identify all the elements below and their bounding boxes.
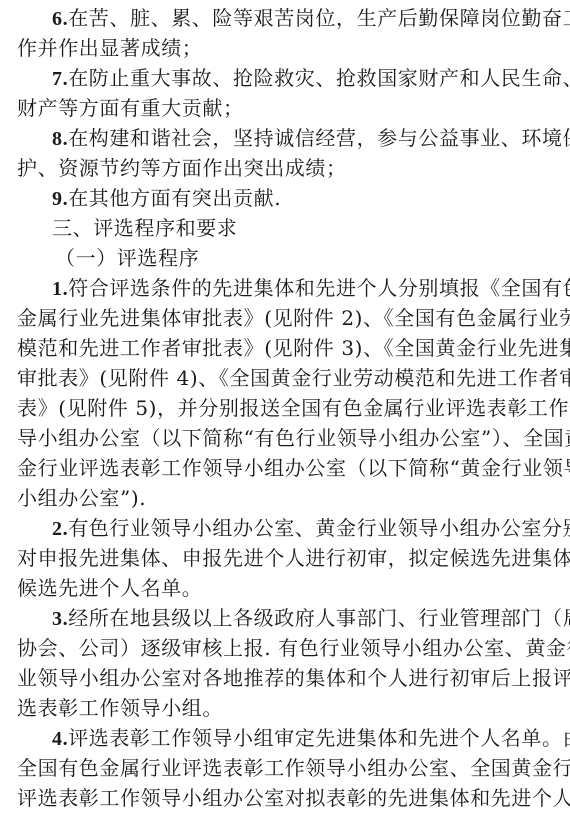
line-text: 选表彰工作领导小组。 [17,696,223,720]
criterion-9-line-1: 9.在其他方面有突出贡献. [17,183,557,213]
line-text: 全国有色金属行业评选表彰工作领导小组办公室、全国黄金行业 [17,756,570,780]
heading-text: 三、评选程序和要求 [52,216,237,240]
procedure-3-line-1: 3.经所在地县级以上各级政府人事部门、行业管理部门（局、 [17,603,557,633]
item-number: 6. [52,8,68,30]
line-text: 候选先进个人名单。 [17,576,202,600]
line-text: 审批表》(见附件 4)、《全国黄金行业劳动模范和先进工作者审批 [17,366,570,390]
item-number: 4. [52,728,68,750]
criterion-6-line-1: 6.在苦、脏、累、险等艰苦岗位，生产后勤保障岗位勤奋工 [17,3,557,33]
procedure-1-line-3: 模范和先进工作者审批表》(见附件 3)、《全国黄金行业先进集体 [17,333,557,363]
item-number: 2. [52,518,68,540]
line-text: 评选表彰工作领导小组审定先进集体和先进个人名单。由 [68,726,570,750]
line-text: 在构建和谐社会，坚持诚信经营，参与公益事业、环境保 [68,126,570,150]
criterion-6-line-2: 作并作出显著成绩； [17,33,557,63]
line-text: 导小组办公室（以下简称“有色行业领导小组办公室”）、全国黄 [17,426,570,450]
line-text: 小组办公室”). [17,486,146,510]
procedure-3-line-2: 协会、公司）逐级审核上报. 有色行业领导小组办公室、黄金行 [17,633,557,663]
section-3-heading: 三、评选程序和要求 [17,213,557,243]
line-text: 在防止重大事故、抢险救灾、抢救国家财产和人民生命、 [68,66,570,90]
line-text: 金行业评选表彰工作领导小组办公室（以下简称“黄金行业领导 [17,456,570,480]
procedure-3-line-4: 选表彰工作领导小组。 [17,693,557,723]
subsection-1-heading: （一）评选程序 [17,243,557,273]
procedure-2-line-3: 候选先进个人名单。 [17,573,557,603]
line-text: 对申报先进集体、申报先进个人进行初审，拟定候选先进集体和 [17,546,570,570]
line-text: 金属行业先进集体审批表》(见附件 2)、《全国有色金属行业劳动 [17,306,570,330]
procedure-1-line-5: 表》(见附件 5)，并分别报送全国有色金属行业评选表彰工作领 [17,393,557,423]
line-text: 作并作出显著成绩； [17,36,202,60]
procedure-1-line-7: 金行业评选表彰工作领导小组办公室（以下简称“黄金行业领导 [17,453,557,483]
procedure-1-line-8: 小组办公室”). [17,483,557,513]
line-text: 有色行业领导小组办公室、黄金行业领导小组办公室分别 [68,516,570,540]
criterion-7-line-1: 7.在防止重大事故、抢险救灾、抢救国家财产和人民生命、 [17,63,557,93]
procedure-1-line-6: 导小组办公室（以下简称“有色行业领导小组办公室”）、全国黄 [17,423,557,453]
procedure-3-line-3: 业领导小组办公室对各地推荐的集体和个人进行初审后上报评 [17,663,557,693]
item-number: 9. [52,188,68,210]
item-number: 7. [52,68,68,90]
line-text: 符合评选条件的先进集体和先进个人分别填报《全国有色 [68,276,570,300]
heading-text: （一）评选程序 [55,246,199,270]
line-text: 业领导小组办公室对各地推荐的集体和个人进行初审后上报评 [17,666,570,690]
item-number: 8. [52,128,68,150]
document-page: 6.在苦、脏、累、险等艰苦岗位，生产后勤保障岗位勤奋工 作并作出显著成绩； 7.… [17,3,557,813]
item-number: 1. [52,278,68,300]
procedure-1-line-2: 金属行业先进集体审批表》(见附件 2)、《全国有色金属行业劳动 [17,303,557,333]
criterion-8-line-1: 8.在构建和谐社会，坚持诚信经营，参与公益事业、环境保 [17,123,557,153]
line-text: 协会、公司）逐级审核上报. 有色行业领导小组办公室、黄金行 [17,636,570,660]
procedure-1-line-1: 1.符合评选条件的先进集体和先进个人分别填报《全国有色 [17,273,557,303]
line-text: 在苦、脏、累、险等艰苦岗位，生产后勤保障岗位勤奋工 [68,6,570,30]
criterion-7-line-2: 财产等方面有重大贡献； [17,93,557,123]
procedure-1-line-4: 审批表》(见附件 4)、《全国黄金行业劳动模范和先进工作者审批 [17,363,557,393]
procedure-2-line-1: 2.有色行业领导小组办公室、黄金行业领导小组办公室分别 [17,513,557,543]
line-text: 经所在地县级以上各级政府人事部门、行业管理部门（局、 [68,606,570,630]
procedure-2-line-2: 对申报先进集体、申报先进个人进行初审，拟定候选先进集体和 [17,543,557,573]
procedure-4-line-2: 全国有色金属行业评选表彰工作领导小组办公室、全国黄金行业 [17,753,557,783]
line-text: 在其他方面有突出贡献. [68,186,281,210]
item-number: 3. [52,608,68,630]
line-text: 财产等方面有重大贡献； [17,96,244,120]
criterion-8-line-2: 护、资源节约等方面作出突出成绩； [17,153,557,183]
procedure-4-line-1: 4.评选表彰工作领导小组审定先进集体和先进个人名单。由 [17,723,557,753]
line-text: 模范和先进工作者审批表》(见附件 3)、《全国黄金行业先进集体 [17,336,570,360]
line-text: 护、资源节约等方面作出突出成绩； [17,156,347,180]
procedure-4-line-3: 评选表彰工作领导小组办公室对拟表彰的先进集体和先进个人 [17,783,557,813]
line-text: 评选表彰工作领导小组办公室对拟表彰的先进集体和先进个人 [17,786,570,810]
line-text: 表》(见附件 5)，并分别报送全国有色金属行业评选表彰工作领 [17,396,570,420]
